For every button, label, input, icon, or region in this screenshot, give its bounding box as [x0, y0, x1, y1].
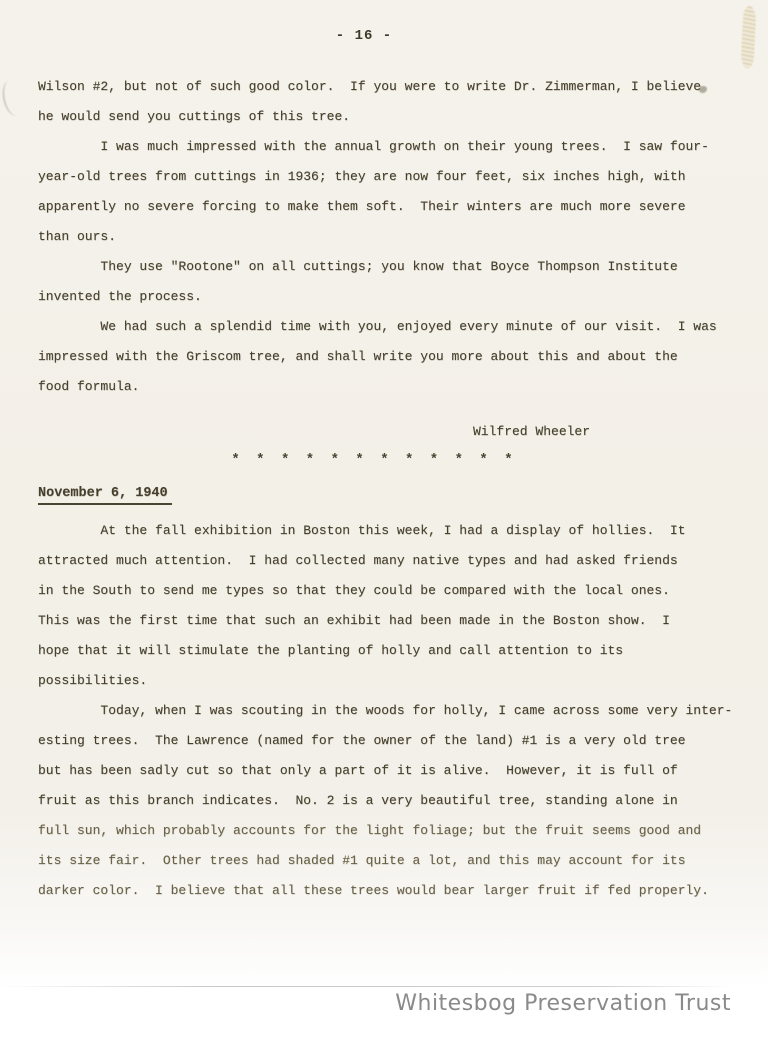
text-line: full sun, which probably accounts for th… [38, 816, 750, 846]
watermark-credit: Whitesbog Preservation Trust [395, 991, 731, 1016]
page-edge-line [0, 986, 732, 987]
text-line: year-old trees from cuttings in 1936; th… [38, 162, 750, 192]
entry-body: At the fall exhibition in Boston this we… [38, 516, 750, 906]
signature: Wilfred Wheeler [473, 424, 590, 439]
text-line: hope that it will stimulate the planting… [38, 636, 750, 666]
text-line: than ours. [38, 222, 750, 252]
text-line: food formula. [38, 372, 750, 402]
smudge-artifact [0, 78, 27, 117]
text-line: Wilson #2, but not of such good color. I… [38, 72, 750, 102]
text-line: possibilities. [38, 666, 750, 696]
text-line: he would send you cuttings of this tree. [38, 102, 750, 132]
letter-body: Wilson #2, but not of such good color. I… [38, 72, 750, 402]
text-line: esting trees. The Lawrence (named for th… [38, 726, 750, 756]
text-line: apparently no severe forcing to make the… [38, 192, 750, 222]
tape-scan-artifact [740, 6, 756, 69]
text-line: At the fall exhibition in Boston this we… [38, 516, 750, 546]
text-line: fruit as this branch indicates. No. 2 is… [38, 786, 750, 816]
entry-date-heading: November 6, 1940 [38, 486, 172, 505]
text-line: its size fair. Other trees had shaded #1… [38, 846, 750, 876]
text-line: but has been sadly cut so that only a pa… [38, 756, 750, 786]
text-line: invented the process. [38, 282, 750, 312]
page-number: - 16 - [0, 28, 728, 44]
text-line: impressed with the Griscom tree, and sha… [38, 342, 750, 372]
text-line: They use "Rootone" on all cuttings; you … [38, 252, 750, 282]
asterisk-separator: * * * * * * * * * * * * [0, 452, 748, 468]
text-line: This was the first time that such an exh… [38, 606, 750, 636]
text-line: We had such a splendid time with you, en… [38, 312, 750, 342]
text-line: I was much impressed with the annual gro… [38, 132, 750, 162]
text-line: in the South to send me types so that th… [38, 576, 750, 606]
scanned-page: - 16 - Wilson #2, but not of such good c… [0, 0, 768, 988]
text-line: Today, when I was scouting in the woods … [38, 696, 750, 726]
text-line: attracted much attention. I had collecte… [38, 546, 750, 576]
text-line: darker color. I believe that all these t… [38, 876, 750, 906]
